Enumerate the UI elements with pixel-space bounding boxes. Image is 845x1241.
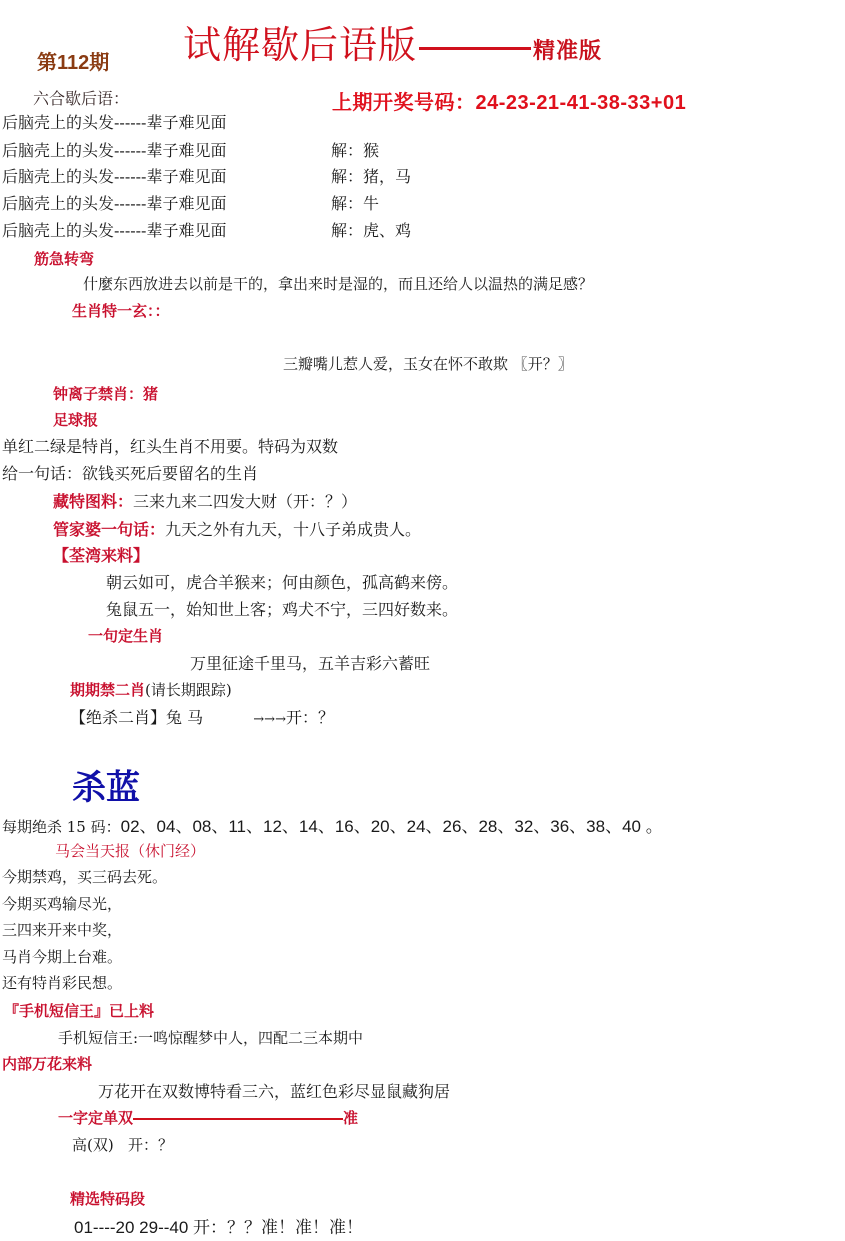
saying-answer: 解：猴 [331,138,379,161]
horse-report-line: 今期买鸡输尽光， [2,893,122,914]
horse-report-line: 三四来开来中奖， [2,919,122,940]
sms-king-text: 手机短信王:一鸣惊醒梦中人，四配二三本期中 [58,1027,363,1048]
one-sentence-text: 万里征途千里马，五羊吉彩六蓄旺 [190,651,430,674]
kill-two-label: 【绝杀二肖】兔 马 [70,708,203,727]
football-label: 足球报 [53,409,98,430]
hidden-chart: 藏特图料：三来九来二四发大财（开：？） [53,489,357,512]
title-suffix: 精准版 [533,39,602,64]
title-main: 试解歇后语版 [183,23,417,67]
saying-answer: 解：虎、鸡 [331,218,411,241]
hidden-chart-label: 藏特图料： [53,492,133,511]
kill-blue-line: 每期绝杀 15 码：02、04、08、11、12、14、16、20、24、26、… [2,812,663,837]
odd-even-suffix: 准 [343,1109,358,1127]
saying-row: 后脑壳上的头发------辈子难见面 [2,191,226,214]
saying-answer: 解：牛 [331,191,379,214]
arrow-icon: →→→ [253,712,286,727]
brain-teaser-question: 什麼东西放进去以前是干的，拿出来时是湿的，而且还给人以温热的满足感？ [83,273,593,294]
saying-row: 后脑壳上的头发------辈子难见面 [2,110,226,133]
period-ban-note: (请长期跟踪) [145,681,232,699]
odd-even-text: 高(双) 开：？ [72,1134,173,1155]
title-dash-divider [419,47,531,50]
saying-row: 后脑壳上的头发------辈子难见面 [2,138,226,161]
football-line-1: 单红二绿是特肖，红头生肖不用要。特码为双数 [2,434,338,457]
quanwan-label: 【荃湾来料】 [53,543,149,566]
period-ban-label: 期期禁二肖 [70,681,145,699]
quanwan-line-2: 兔鼠五一，始知世上客；鸡犬不宁，三四好数来。 [106,597,458,620]
odd-even-label: 一字定单双 [58,1109,133,1127]
football-line-2: 给一句话：欲钱买死后要留名的生肖 [2,461,258,484]
last-draw-label: 上期开奖号码： [332,92,476,114]
quanwan-line-1: 朝云如可，虎合羊猴来；何由颜色，孤高鹤来傍。 [106,570,458,593]
last-draw-numbers: 24-23-21-41-38-33+01 [476,92,687,114]
saying-row: 后脑壳上的头发------辈子难见面 [2,218,226,241]
page-title: 试解歇后语版精准版 [183,14,602,69]
wanhua-text: 万花开在双数博特看三六，蓝红色彩尽显鼠藏狗居 [98,1079,450,1102]
horse-report-label: 马会当天报（休门经） [55,840,205,861]
zhongli-ban-label: 钟离子禁肖：猪 [53,383,158,404]
dash-divider [133,1118,343,1120]
last-draw-result: 上期开奖号码：24-23-21-41-38-33+01 [332,86,686,115]
brain-teaser-label: 筋急转弯 [34,248,94,269]
selected-range-label: 精选特码段 [70,1188,145,1209]
housekeeper: 管家婆一句话：九天之外有九天，十八子弟成贵人。 [53,517,421,540]
horse-report-line: 马肖今期上台难。 [2,946,122,967]
horse-report-line: 还有特肖彩民想。 [2,972,122,993]
hidden-chart-text: 三来九来二四发大财（开：？） [133,492,357,511]
horse-report-line: 今期禁鸡，买三码去死。 [2,866,167,887]
odd-even: 一字定单双准 [58,1107,358,1128]
sms-king-label: 『手机短信王』已上料 [4,1000,154,1021]
kill-two-zodiac: 【绝杀二肖】兔 马 →→→开：？ [70,705,334,728]
housekeeper-label: 管家婆一句话： [53,520,165,539]
issue-number: 第112期 [37,46,109,75]
kill-blue-numbers: 02、04、08、11、12、14、16、20、24、26、28、32、36、3… [121,817,663,836]
kill-two-open: 开：？ [286,708,334,727]
zodiac-special-poem: 三瓣嘴儿惹人爱，玉女在怀不敢欺 〖开？〗 [283,353,573,374]
one-sentence-label: 一句定生肖 [88,625,163,646]
kill-blue-prefix: 每期绝杀 15 码： [2,818,121,836]
housekeeper-text: 九天之外有九天，十八子弟成贵人。 [165,520,421,539]
saying-answer: 解：猪，马 [331,164,411,187]
selected-range-text: 01----20 29--40 开：？？准！准！准！ [74,1213,363,1238]
zodiac-special-label: 生肖特一玄：： [72,300,170,321]
xiehouyu-label: 六合歇后语： [33,86,129,109]
wanhua-label: 内部万花来料 [2,1053,92,1074]
saying-row: 后脑壳上的头发------辈子难见面 [2,164,226,187]
period-ban: 期期禁二肖(请长期跟踪) [70,679,232,700]
kill-blue-title: 杀蓝 [72,760,140,809]
